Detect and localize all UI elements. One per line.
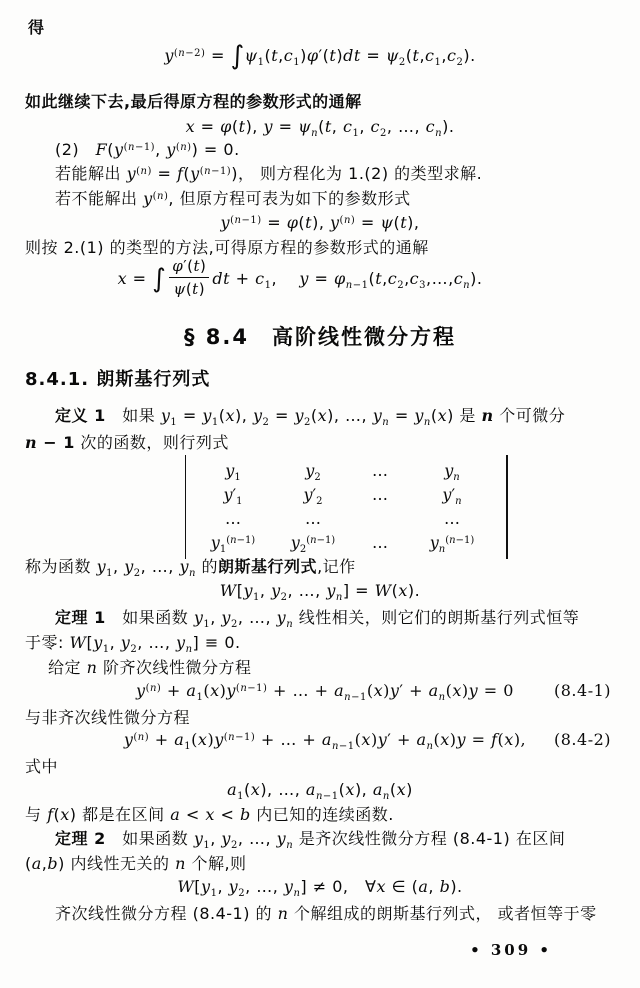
determinant-cell: y1 <box>194 461 272 480</box>
determinant-cell: y′1 <box>194 485 272 504</box>
determinant-cell: yn <box>406 461 498 480</box>
paragraph-theorem2: 定理 2 如果函数 y1, y2, …, yn 是齐次线性微分方程 (8.4-1… <box>55 829 565 849</box>
equation-842-row: y(n) + a1(x)y(n−1) + … + an−1(x)y′ + an(… <box>112 730 538 750</box>
determinant-cell: … <box>406 509 498 528</box>
subsection-title: 8.4.1. 朗斯基行列式 <box>25 370 210 390</box>
formula-coefficients: a1(x), …, an−1(x), an(x) <box>0 780 640 800</box>
paragraph-definition1: 定义 1 如果 y1 = y1(x), y2 = y2(x), …, yn = … <box>55 406 565 426</box>
formula-theorem2: W[y1, y2, …, yn] ≠ 0, ∀x ∈ (a, b). <box>0 877 640 897</box>
determinant-cell: … <box>194 509 272 528</box>
paragraph-solvable: 若能解出 y(n) = f(y(n−1))， 则方程化为 1.(2) 的类型求解… <box>55 164 482 184</box>
determinant-cell: y2 <box>272 461 354 480</box>
equation-841: y(n) + a1(x)y(n−1) + … + an−1(x)y′ + an(… <box>136 681 514 700</box>
determinant-cell: … <box>272 509 354 528</box>
determinant-cell: … <box>354 461 406 480</box>
paragraph-called-wronskian: 称为函数 y1, y2, …, yn 的朗斯基行列式,记作 <box>25 557 356 577</box>
paragraph-where: 式中 <box>25 757 58 777</box>
paragraph-nonhomogeneous: 与非齐次线性微分方程 <box>25 708 190 728</box>
paragraph-unsolvable: 若不能解出 y(n), 但原方程可表为如下的参数形式 <box>55 189 411 209</box>
paragraph-case2: (2) F(y(n−1), y(n)) = 0. <box>55 140 240 160</box>
equation-841-tag: (8.4-1) <box>554 681 611 701</box>
equation-842: y(n) + a1(x)y(n−1) + … + an−1(x)y′ + an(… <box>124 730 526 749</box>
wronskian-determinant: y1 y2 … yn y′1 y′2 … y′n … … … y1(n−1) y… <box>0 455 640 559</box>
determinant-cell: y1(n−1) <box>194 533 272 552</box>
equation-842-tag: (8.4-2) <box>554 730 611 750</box>
document-page: 得 y(n−2) = ∫ψ1(t,c1)φ′(t)dt = ψ2(t,c1,c2… <box>0 0 640 988</box>
determinant-body: y1 y2 … yn y′1 y′2 … y′n … … … y1(n−1) y… <box>185 455 508 559</box>
lead-char: 得 <box>28 18 45 38</box>
determinant-right-bar <box>506 455 508 559</box>
paragraph-given: 给定 n 阶齐次线性微分方程 <box>48 658 252 678</box>
paragraph-method: 则按 2.(1) 的类型的方法,可得原方程的参数形式的通解 <box>25 238 429 258</box>
equation-841-row: y(n) + a1(x)y(n−1) + … + an−1(x)y′ + an(… <box>112 681 538 701</box>
determinant-cell: y′2 <box>272 485 354 504</box>
determinant-cell: … <box>354 533 406 552</box>
paragraph-final: 齐次线性微分方程 (8.4-1) 的 n 个解组成的朗斯基行列式， 或者恒等于零 <box>55 904 597 924</box>
page-number: • 309 • <box>470 941 552 959</box>
formula-integral-psi2: y(n−2) = ∫ψ1(t,c1)φ′(t)dt = ψ2(t,c1,c2). <box>0 46 640 68</box>
determinant-cell: y′n <box>406 485 498 504</box>
paragraph-theorem1: 定理 1 如果函数 y1, y2, …, yn 线性相关，则它们的朗斯基行列式恒… <box>55 608 579 628</box>
formula-parametric-phi-psi: y(n−1) = φ(t), y(n) = ψ(t), <box>0 213 640 233</box>
formula-integral-fraction: x = ∫φ′(t)ψ(t)dt + c1, y = φn−1(t,c2,c3,… <box>0 258 640 301</box>
determinant-cell: yn(n−1) <box>406 533 498 552</box>
paragraph-theorem1-cont: 于零: W[y1, y2, …, yn] ≡ 0. <box>25 633 241 653</box>
determinant-grid: y1 y2 … yn y′1 y′2 … y′n … … … y1(n−1) y… <box>186 455 506 559</box>
formula-parametric-general: x = φ(t), y = ψn(t, c1, c2, …, cn). <box>0 117 640 137</box>
determinant-cell: y2(n−1) <box>272 533 354 552</box>
paragraph-continue: 如此继续下去,最后得原方程的参数形式的通解 <box>25 92 362 112</box>
determinant-cell: … <box>354 485 406 504</box>
paragraph-fx-continuous: 与 f(x) 都是在区间 a < x < b 内已知的连续函数. <box>25 805 394 825</box>
section-title: § 8.4 高阶线性微分方程 <box>0 327 640 347</box>
formula-wronskian-notation: W[y1, y2, …, yn] = W(x). <box>0 581 640 601</box>
paragraph-definition1-cont: n − 1 次的函数，则行列式 <box>25 433 229 453</box>
paragraph-theorem2-cont: (a,b) 内线性无关的 n 个解,则 <box>25 854 247 874</box>
